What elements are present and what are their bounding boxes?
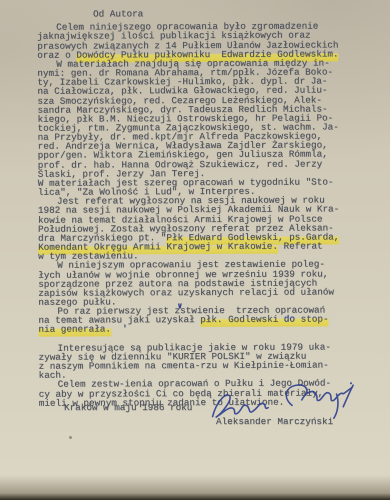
typed-letter-body: Od Autora Celem niniejszego opracowania … bbox=[37, 3, 382, 5]
typed-signature-name: Aleksander Marczyński bbox=[216, 416, 333, 427]
highlighted-text: płk. Godlewski bbox=[200, 314, 284, 325]
document-line: z naszym Pomnikiem na cmenta-rzu w Kiełp… bbox=[39, 361, 340, 371]
document-lines: Celem niniejszego opracowania było zgrom… bbox=[37, 22, 340, 408]
typed-text: Referat bbox=[278, 241, 323, 252]
highlighted-text: nia generała. bbox=[38, 324, 111, 335]
highlighted-text: stop- bbox=[295, 314, 329, 325]
highlighted-text: do bbox=[284, 314, 295, 325]
typed-text: mieli w pewnym stopniu zadanie to ułatwi… bbox=[39, 396, 285, 408]
page-title: Od Autora bbox=[93, 9, 143, 18]
scanned-document-page: Od Autora Celem niniejszego opracowania … bbox=[0, 0, 390, 500]
document-line: mieli w pewnym stopniu zadanie to ułatwi… bbox=[39, 397, 340, 407]
typed-text: z naszym Pomnikiem na cmenta-rzu w Kiełp… bbox=[39, 360, 329, 372]
paper-speck bbox=[69, 436, 72, 439]
handwritten-text: ' bbox=[111, 324, 128, 335]
